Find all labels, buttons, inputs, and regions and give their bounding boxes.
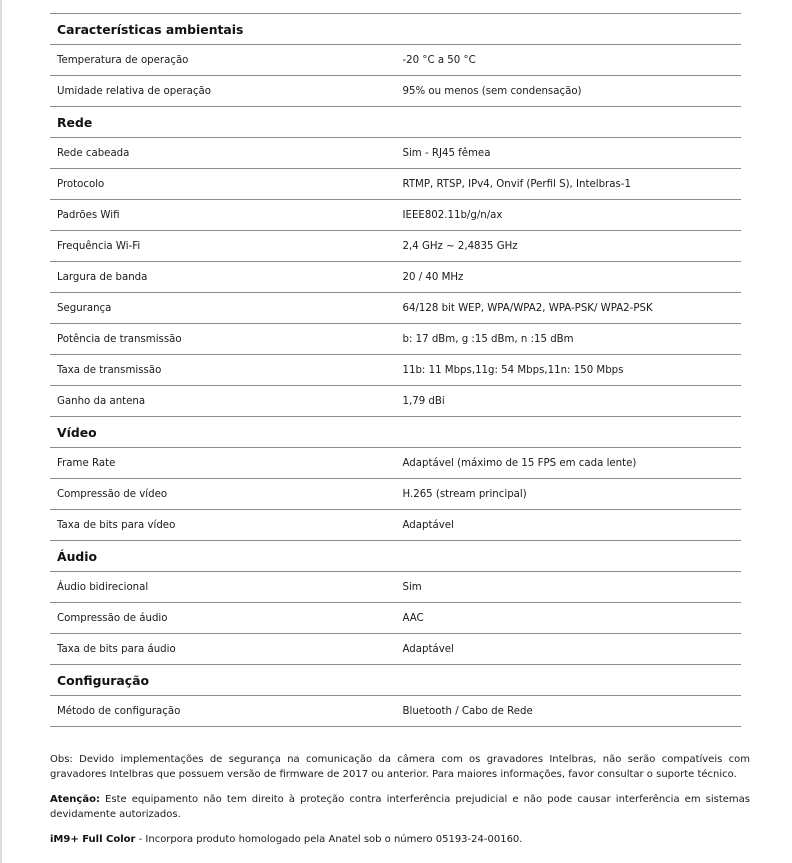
spec-value: 2,4 GHz ~ 2,4835 GHz [396, 231, 742, 262]
spec-row: Taxa de bits para vídeoAdaptável [50, 510, 741, 541]
spec-row: Taxa de transmissão11b: 11 Mbps,11g: 54 … [50, 355, 741, 386]
spec-row: Áudio bidirecionalSim [50, 572, 741, 603]
spec-label: Compressão de vídeo [50, 479, 396, 510]
spec-value: Bluetooth / Cabo de Rede [396, 696, 742, 727]
section-title: Rede [50, 107, 741, 138]
section-header-row: Configuração [50, 665, 741, 696]
spec-row: Ganho da antena1,79 dBi [50, 386, 741, 417]
spec-label: Frame Rate [50, 448, 396, 479]
section-header-row: Vídeo [50, 417, 741, 448]
section-header-row: Características ambientais [50, 14, 741, 45]
spec-label: Taxa de transmissão [50, 355, 396, 386]
spec-label: Áudio bidirecional [50, 572, 396, 603]
spec-label: Compressão de áudio [50, 603, 396, 634]
spec-row: Frame RateAdaptável (máximo de 15 FPS em… [50, 448, 741, 479]
section-title: Vídeo [50, 417, 741, 448]
spec-row: Rede cabeadaSim - RJ45 fêmea [50, 138, 741, 169]
spec-label: Potência de transmissão [50, 324, 396, 355]
spec-label: Frequência Wi-Fi [50, 231, 396, 262]
spec-label: Padrões Wifi [50, 200, 396, 231]
notes-block: Obs: Devido implementações de segurança … [50, 752, 750, 857]
attention-text: Este equipamento não tem direito à prote… [50, 794, 750, 820]
spec-value: AAC [396, 603, 742, 634]
homologation-text: - Incorpora produto homologado pela Anat… [135, 834, 522, 845]
spec-row: Frequência Wi-Fi2,4 GHz ~ 2,4835 GHz [50, 231, 741, 262]
spec-label: Temperatura de operação [50, 45, 396, 76]
spec-value: 11b: 11 Mbps,11g: 54 Mbps,11n: 150 Mbps [396, 355, 742, 386]
section-title: Áudio [50, 541, 741, 572]
spec-label: Ganho da antena [50, 386, 396, 417]
section-title: Configuração [50, 665, 741, 696]
spec-row: Compressão de áudioAAC [50, 603, 741, 634]
page-left-edge [0, 0, 2, 863]
spec-row: Padrões WifiIEEE802.11b/g/n/ax [50, 200, 741, 231]
spec-row: Largura de banda20 / 40 MHz [50, 262, 741, 293]
spec-label: Rede cabeada [50, 138, 396, 169]
spec-value: -20 °C a 50 °C [396, 45, 742, 76]
spec-row: Taxa de bits para áudioAdaptável [50, 634, 741, 665]
spec-value: 95% ou menos (sem condensação) [396, 76, 742, 107]
spec-row: Método de configuraçãoBluetooth / Cabo d… [50, 696, 741, 727]
attention-note: Atenção: Este equipamento não tem direit… [50, 792, 750, 822]
product-name: iM9+ Full Color [50, 834, 135, 845]
spec-value: RTMP, RTSP, IPv4, Onvif (Perfil S), Inte… [396, 169, 742, 200]
spec-value: 64/128 bit WEP, WPA/WPA2, WPA-PSK/ WPA2-… [396, 293, 742, 324]
spec-value: Adaptável [396, 634, 742, 665]
spec-value: H.265 (stream principal) [396, 479, 742, 510]
spec-value: Adaptável [396, 510, 742, 541]
spec-value: 1,79 dBi [396, 386, 742, 417]
obs-note: Obs: Devido implementações de segurança … [50, 752, 750, 782]
spec-value: 20 / 40 MHz [396, 262, 742, 293]
spec-label: Taxa de bits para áudio [50, 634, 396, 665]
homologation-note: iM9+ Full Color - Incorpora produto homo… [50, 832, 750, 847]
spec-value: Adaptável (máximo de 15 FPS em cada lent… [396, 448, 742, 479]
spec-label: Método de configuração [50, 696, 396, 727]
spec-label: Umidade relativa de operação [50, 76, 396, 107]
spec-value: Sim - RJ45 fêmea [396, 138, 742, 169]
section-header-row: Rede [50, 107, 741, 138]
spec-value: b: 17 dBm, g :15 dBm, n :15 dBm [396, 324, 742, 355]
spec-label: Largura de banda [50, 262, 396, 293]
spec-row: ProtocoloRTMP, RTSP, IPv4, Onvif (Perfil… [50, 169, 741, 200]
attention-label: Atenção: [50, 794, 100, 805]
section-header-row: Áudio [50, 541, 741, 572]
spec-row: Temperatura de operação-20 °C a 50 °C [50, 45, 741, 76]
spec-value: IEEE802.11b/g/n/ax [396, 200, 742, 231]
spec-value: Sim [396, 572, 742, 603]
spec-table: Características ambientaisTemperatura de… [50, 13, 741, 727]
spec-row: Segurança64/128 bit WEP, WPA/WPA2, WPA-P… [50, 293, 741, 324]
spec-row: Potência de transmissãob: 17 dBm, g :15 … [50, 324, 741, 355]
spec-label: Taxa de bits para vídeo [50, 510, 396, 541]
spec-row: Umidade relativa de operação95% ou menos… [50, 76, 741, 107]
spec-label: Segurança [50, 293, 396, 324]
spec-label: Protocolo [50, 169, 396, 200]
section-title: Características ambientais [50, 14, 741, 45]
spec-row: Compressão de vídeoH.265 (stream princip… [50, 479, 741, 510]
